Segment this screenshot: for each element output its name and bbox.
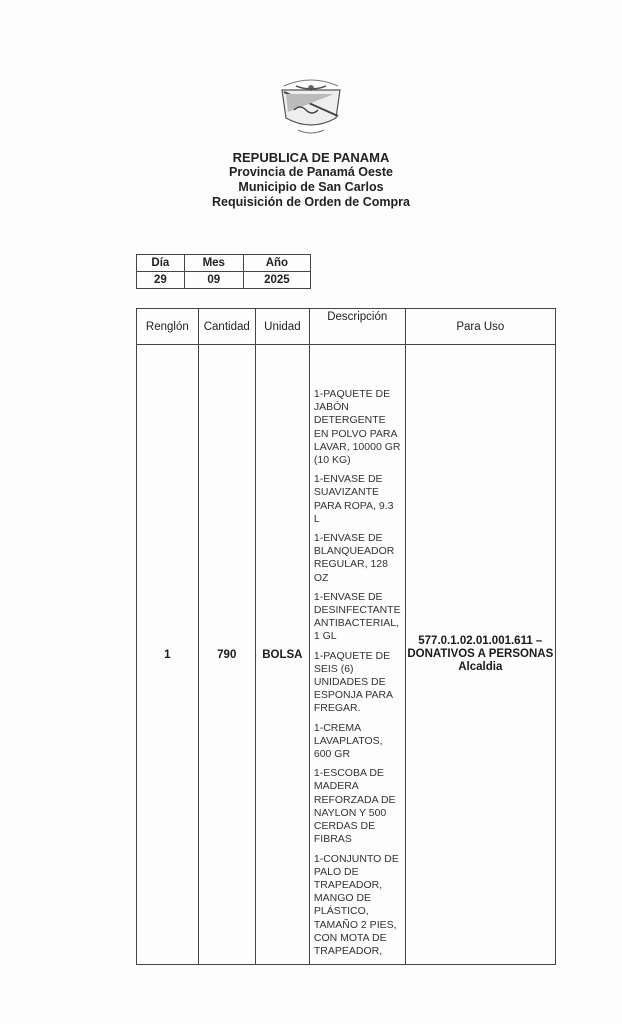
requisition-table: Renglón Cantidad Unidad Descripción Para… [136,308,556,965]
description-item: 1-CREMA LAVAPLATOS, 600 GR [314,722,401,762]
description-item: 1-ENVASE DE DESINFECTANTE ANTIBACTERIAL,… [314,591,401,644]
description-item: 1-ESCOBA DE MADERA REFORZADA DE NAYLON Y… [314,767,401,846]
header-unidad: Unidad [255,309,309,345]
para-uso-department: Alcaldia [406,661,555,674]
date-table: Día Mes Año 29 09 2025 [136,254,311,289]
heading-country: REPUBLICA DE PANAMA [0,150,622,165]
date-header-month: Mes [184,255,243,272]
header-descripcion: Descripción [309,309,405,345]
municipio-seal-icon [274,72,348,138]
date-year: 2025 [243,272,310,289]
cell-unidad: BOLSA [255,345,309,965]
heading-province: Provincia de Panamá Oeste [0,165,622,180]
description-list: 1-PAQUETE DE JABÓN DETERGENTE EN POLVO P… [310,345,405,958]
table-row: 1 790 BOLSA 1-PAQUETE DE JABÓN DETERGENT… [137,345,556,965]
document-heading: REPUBLICA DE PANAMA Provincia de Panamá … [0,150,622,210]
description-item: 1-CONJUNTO DE PALO DE TRAPEADOR, MANGO D… [314,853,401,959]
description-item: 1-PAQUETE DE SEIS (6) UNIDADES DE ESPONJ… [314,650,401,716]
cell-para-uso: 577.0.1.02.01.001.611 – DONATIVOS A PERS… [405,345,555,965]
cell-descripcion: 1-PAQUETE DE JABÓN DETERGENTE EN POLVO P… [309,345,405,965]
header-para-uso: Para Uso [405,309,555,345]
description-item: 1-ENVASE DE SUAVIZANTE PARA ROPA, 9.3 L [314,473,401,526]
date-header-day: Día [137,255,185,272]
description-item: 1-ENVASE DE BLANQUEADOR REGULAR, 128 OZ [314,532,401,585]
date-month: 09 [184,272,243,289]
para-uso-account: 577.0.1.02.01.001.611 – [406,635,555,648]
cell-renglon: 1 [137,345,199,965]
description-item: 1-PAQUETE DE JABÓN DETERGENTE EN POLVO P… [314,388,401,467]
header-renglon: Renglón [137,309,199,345]
date-day: 29 [137,272,185,289]
header-cantidad: Cantidad [198,309,255,345]
date-header-year: Año [243,255,310,272]
cell-cantidad: 790 [198,345,255,965]
para-uso-concept: DONATIVOS A PERSONAS [406,648,555,661]
heading-document-title: Requisición de Orden de Compra [0,195,622,210]
heading-municipality: Municipio de San Carlos [0,180,622,195]
